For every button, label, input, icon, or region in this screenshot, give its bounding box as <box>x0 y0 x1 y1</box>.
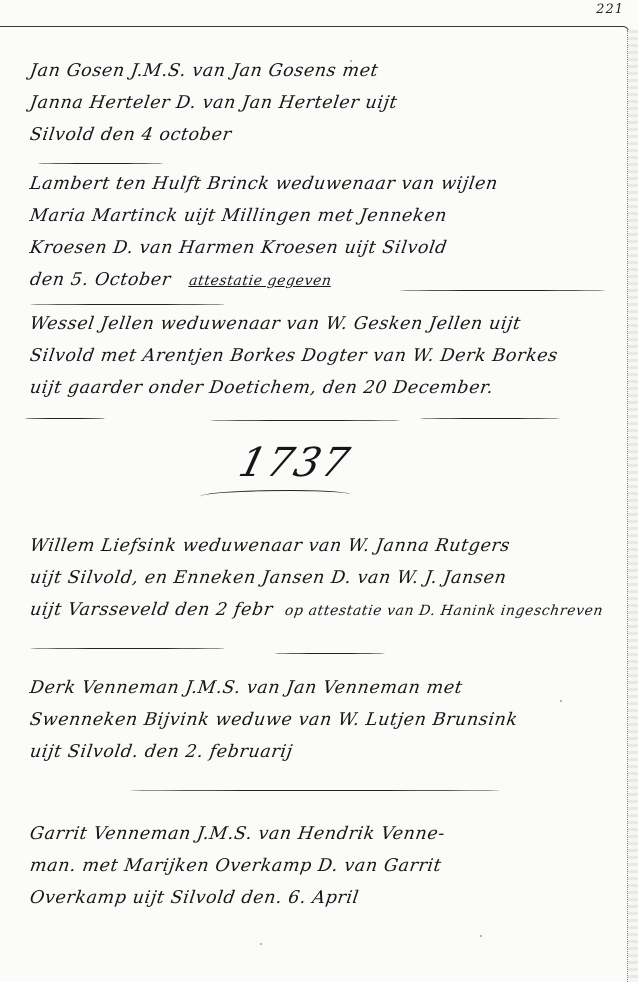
entry-line: Lambert ten Hulft Brinck weduwenaar van … <box>28 168 622 200</box>
separator-flourish <box>30 648 225 649</box>
register-entry-6: Garrit Venneman J.M.S. van Hendrik Venne… <box>30 818 620 914</box>
entry-line: Silvold met Arentjen Borkes Dogter van W… <box>28 340 622 372</box>
entry-line: Willem Liefsink weduwenaar van W. Janna … <box>28 530 622 562</box>
separator-flourish <box>400 290 605 291</box>
entry-line: uijt gaarder onder Doetichem, den 20 Dec… <box>28 372 622 404</box>
year-heading: 1737 <box>234 440 355 486</box>
binding-edge <box>627 30 638 982</box>
register-entry-5: Derk Venneman J.M.S. van Jan Venneman me… <box>30 672 620 768</box>
entry-line: Wessel Jellen weduwenaar van W. Gesken J… <box>28 308 622 340</box>
entry-line: Janna Herteler D. van Jan Herteler uijt <box>28 87 622 119</box>
separator-flourish <box>25 418 105 419</box>
entry-line: Swenneken Bijvink weduwe van W. Lutjen B… <box>28 704 622 736</box>
register-entry-3: Wessel Jellen weduwenaar van W. Gesken J… <box>30 308 620 404</box>
separator-flourish <box>130 790 500 791</box>
entry-note: attestatie gegeven <box>188 273 333 289</box>
separator-flourish <box>38 163 163 164</box>
entry-line: man. met Marijken Overkamp D. van Garrit <box>28 850 622 882</box>
entry-line: uijt Silvold, en Enneken Jansen D. van W… <box>28 562 622 594</box>
separator-flourish <box>210 420 400 421</box>
register-entry-2: Lambert ten Hulft Brinck weduwenaar van … <box>30 168 620 297</box>
separator-flourish <box>30 304 225 305</box>
entry-line: Jan Gosen J.M.S. van Jan Gosens met <box>28 55 622 87</box>
paper-speck <box>480 935 482 937</box>
paper-speck <box>260 943 262 945</box>
entry-line: Silvold den 4 october <box>28 119 622 151</box>
paper-speck <box>560 700 562 702</box>
entry-line: Derk Venneman J.M.S. van Jan Venneman me… <box>28 672 622 704</box>
entry-line: Kroesen D. van Harmen Kroesen uijt Silvo… <box>28 232 622 264</box>
register-entry-4: Willem Liefsink weduwenaar van W. Janna … <box>30 530 620 627</box>
entry-note: op attestatie van D. Hanink ingeschreven <box>284 603 604 619</box>
register-entry-1: Jan Gosen J.M.S. van Jan Gosens met Jann… <box>30 55 620 151</box>
entry-date: den 5. October <box>29 270 173 290</box>
entry-date: uijt Varsseveld den 2 febr <box>29 600 275 620</box>
entry-line: den 5. October attestatie gegeven <box>28 264 623 297</box>
page-number: 221 <box>596 2 624 17</box>
year-underline <box>200 490 350 501</box>
entry-line: uijt Varsseveld den 2 febr op attestatie… <box>28 594 623 627</box>
separator-flourish <box>420 418 560 419</box>
entry-line: Garrit Venneman J.M.S. van Hendrik Venne… <box>28 818 622 850</box>
entry-line: Overkamp uijt Silvold den. 6. April <box>28 882 622 914</box>
register-page: 221 Jan Gosen J.M.S. van Jan Gosens met … <box>0 0 638 982</box>
entry-line: Maria Martinck uijt Millingen met Jennek… <box>28 200 622 232</box>
separator-flourish <box>275 653 385 654</box>
entry-line: uijt Silvold. den 2. februarij <box>28 736 622 768</box>
paper-speck <box>350 60 352 62</box>
